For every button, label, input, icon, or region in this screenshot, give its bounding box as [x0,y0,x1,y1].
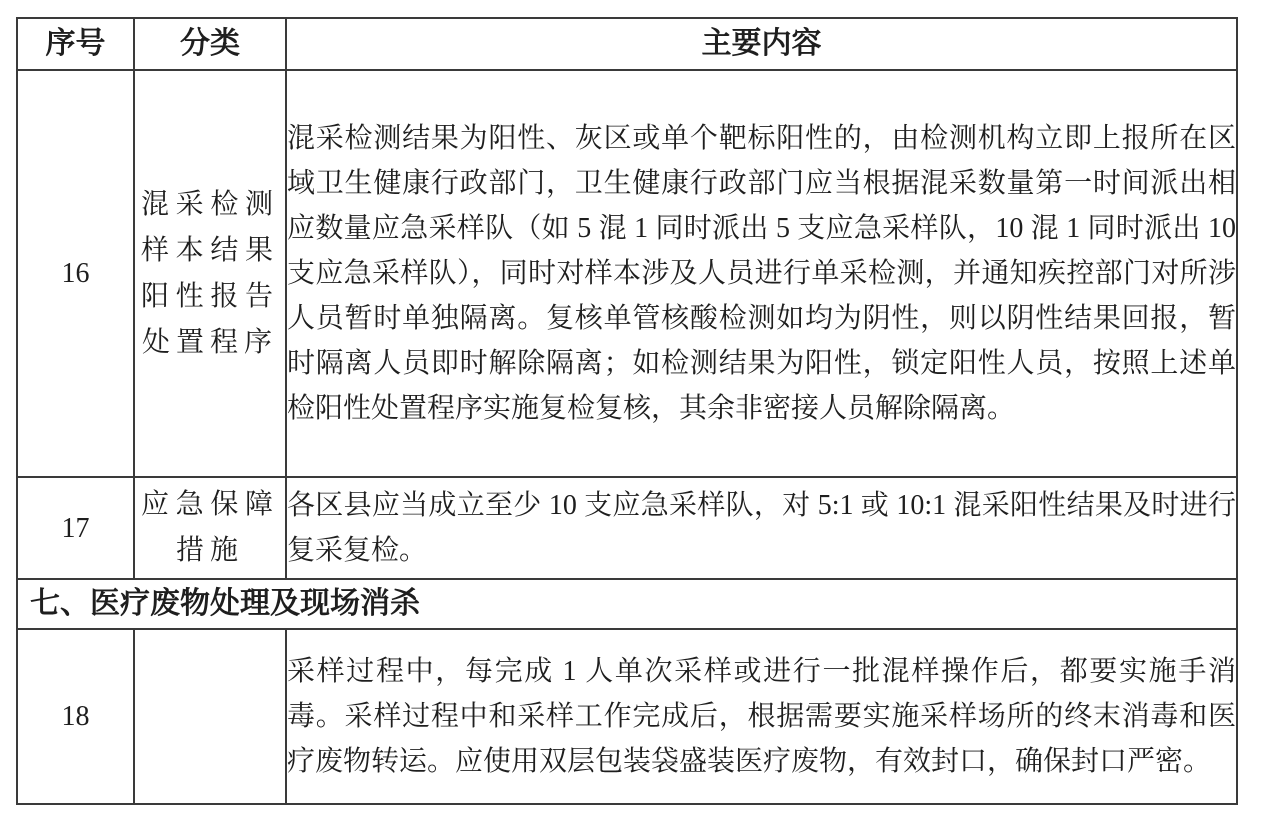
protocol-table: 序号 分类 主要内容 16 混采检测样本结果阳性报告处置程序 混采检测结果为阳性… [16,17,1238,805]
row-main-content: 各区县应当成立至少 10 支应急采样队，对 5:1 或 10:1 混采阳性结果及… [286,477,1237,579]
row-category: 混采检测样本结果阳性报告处置程序 [134,70,286,477]
row-main-content: 混采检测结果为阳性、灰区或单个靶标阳性的，由检测机构立即上报所在区域卫生健康行政… [286,70,1237,477]
row-category-text: 应急保障措施 [141,482,279,574]
row-category [134,629,286,804]
document-page: 序号 分类 主要内容 16 混采检测样本结果阳性报告处置程序 混采检测结果为阳性… [0,0,1263,834]
row-category: 应急保障措施 [134,477,286,579]
header-cell-category: 分类 [134,18,286,70]
section-header-text: 七、医疗废物处理及现场消杀 [17,579,1237,629]
header-cell-no: 序号 [17,18,134,70]
row-main-content: 采样过程中，每完成 1 人单次采样或进行一批混样操作后，都要实施手消毒。采样过程… [286,629,1237,804]
row-number: 17 [17,477,134,579]
table-row: 16 混采检测样本结果阳性报告处置程序 混采检测结果为阳性、灰区或单个靶标阳性的… [17,70,1237,477]
row-number: 18 [17,629,134,804]
row-category-text: 混采检测样本结果阳性报告处置程序 [141,182,279,366]
table-row: 18 采样过程中，每完成 1 人单次采样或进行一批混样操作后，都要实施手消毒。采… [17,629,1237,804]
header-cell-main-content: 主要内容 [286,18,1237,70]
section-header-row: 七、医疗废物处理及现场消杀 [17,579,1237,629]
table-row: 17 应急保障措施 各区县应当成立至少 10 支应急采样队，对 5:1 或 10… [17,477,1237,579]
row-number: 16 [17,70,134,477]
table-header-row: 序号 分类 主要内容 [17,18,1237,70]
